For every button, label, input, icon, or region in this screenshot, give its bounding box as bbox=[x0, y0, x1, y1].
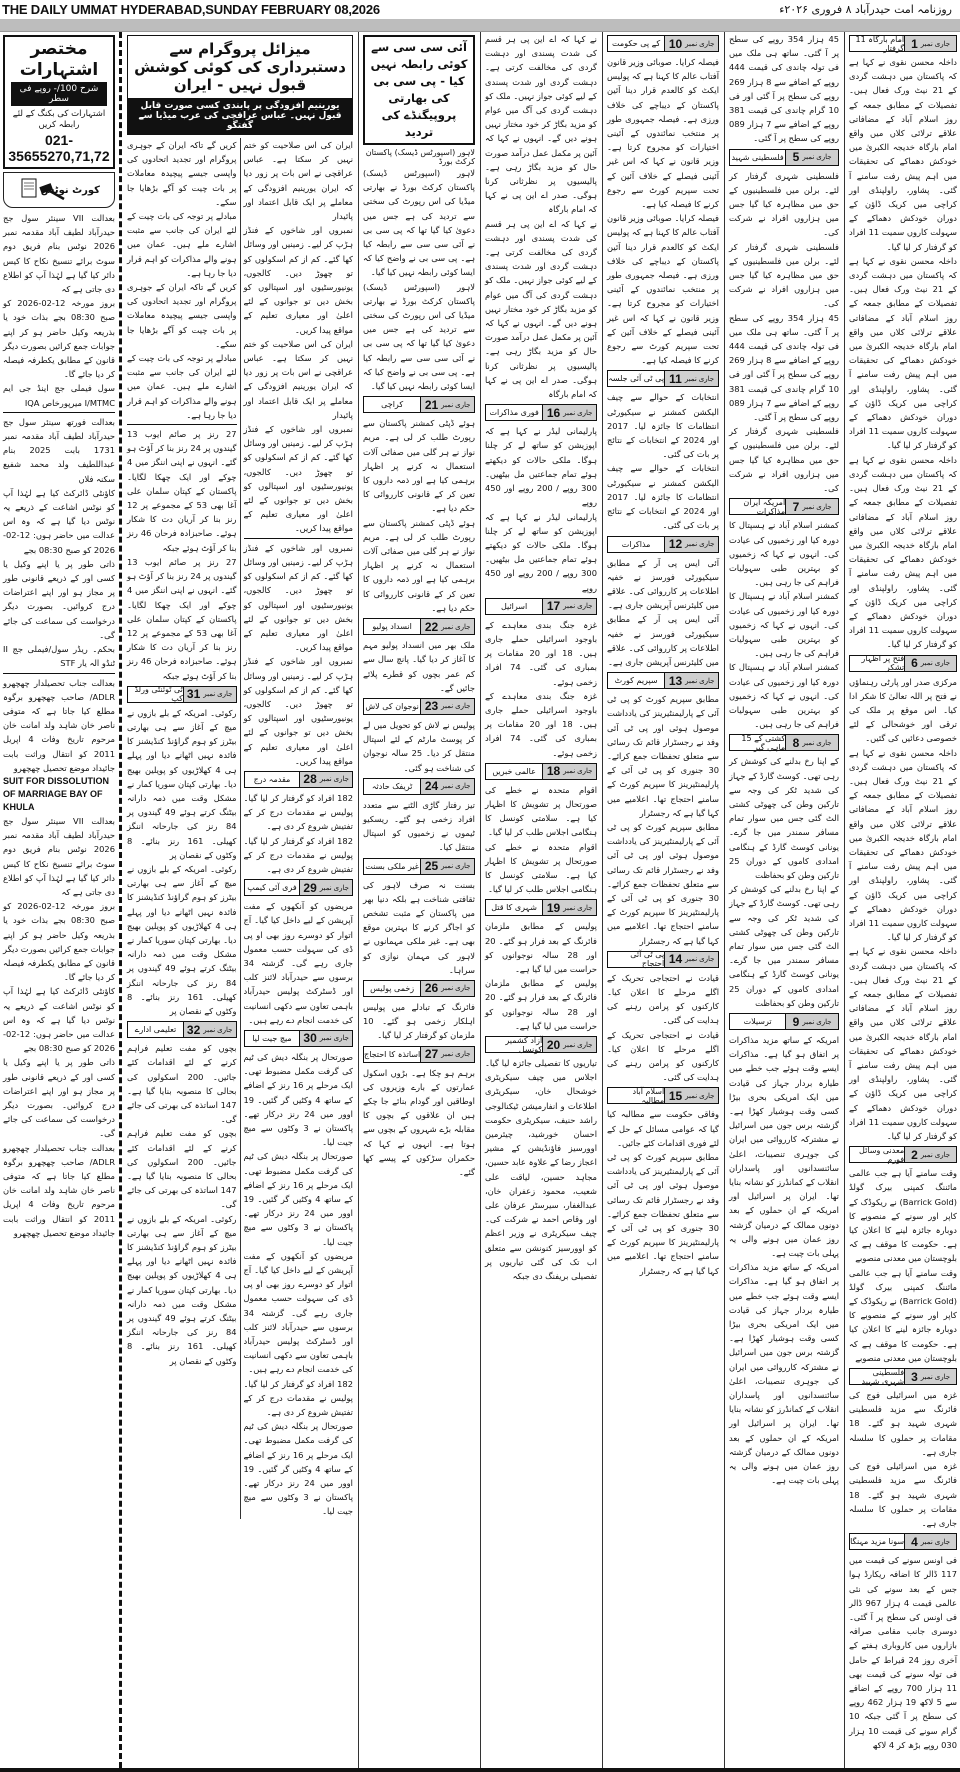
slug-number-box: جاری نمبر9 bbox=[785, 1014, 838, 1029]
slug-topic: زخمی پولیس bbox=[364, 981, 420, 996]
story-text: غزہ میں اسرائیلی فوج کی فائرنگ سے مزید ف… bbox=[846, 1388, 960, 1459]
newspaper-page: مختصر اشتہارات شرح 100/- روپے فی سطر اشت… bbox=[0, 32, 960, 1768]
story-text: بچوں کو مفت تعلیم فراہم کرنے کے لئے اقدا… bbox=[124, 1041, 240, 1126]
story-slug: اسرائیل جاری نمبر17 bbox=[485, 598, 597, 615]
icc-headline-box: آئی سی سی سے کوئی رابطہ نہیں کیا - پی سی… bbox=[363, 35, 475, 145]
slug-label: جاری نمبر bbox=[441, 984, 470, 992]
slug-label: جاری نمبر bbox=[441, 623, 470, 631]
story-text: وفاقی حکومت سے مطالبہ کیا گیا کہ عوامی م… bbox=[604, 1107, 722, 1150]
slug-topic: نوجوان کی لاش bbox=[364, 699, 420, 714]
slug-label: جاری نمبر bbox=[921, 1538, 950, 1546]
ads-title: مختصر اشتہارات bbox=[5, 37, 113, 82]
court-notice-text: بعدالت جناب تحصیلدار چھچھرو ADLR/ صاحب چ… bbox=[0, 676, 118, 775]
slug-topic: شہری کا قتل bbox=[486, 900, 542, 915]
slug-topic: اسرائیل bbox=[486, 599, 542, 614]
story-text: کمشنر اسلام آباد نے ہسپتال کا دورہ کیا ا… bbox=[726, 518, 842, 589]
story-slug: پی ٹی آئی جلسہ جاری نمبر11 bbox=[607, 370, 719, 387]
slug-label: جاری نمبر bbox=[921, 1151, 950, 1159]
slug-label: جاری نمبر bbox=[802, 739, 831, 747]
court-notice-text: بعدالت VII سینئر سول جج حیدرآباد لطیف آب… bbox=[0, 211, 118, 296]
story-slug: انسداد پولیو جاری نمبر22 bbox=[363, 618, 475, 635]
slug-number-box: جاری نمبر30 bbox=[299, 1031, 352, 1046]
story-slug: فوری مذاکرات جاری نمبر16 bbox=[485, 404, 597, 421]
slug-label: جاری نمبر bbox=[921, 659, 950, 667]
story-text: آئی ایس پی آر کے مطابق سیکیورٹی فورسز نے… bbox=[604, 612, 722, 669]
slug-number-box: جاری نمبر6 bbox=[904, 656, 956, 671]
slug-topic: کے پی حکومت bbox=[608, 36, 664, 51]
story-text: تیز رفتار گاڑی الٹنے سے متعدد افراد زخمی… bbox=[360, 798, 478, 855]
slug-number: 12 bbox=[669, 537, 682, 551]
slug-topic: انسداد پولیو bbox=[364, 619, 420, 634]
story-slug: معدنی وسائل فورم جاری نمبر2 bbox=[849, 1146, 957, 1163]
slug-topic: اساتذہ کا احتجاج bbox=[364, 1047, 420, 1062]
story-text: برہم ہو چکا ہے۔ بڑوں اسکول عمارتوں کے با… bbox=[360, 1066, 478, 1180]
story-text: پارلیمانی لیڈر نے کہا ہے کہ اپوزیشن کو س… bbox=[482, 510, 600, 595]
story-text: صورتحال پر بنگلہ دیش کی ٹیم کی گرفت مکمل… bbox=[241, 1419, 357, 1518]
lead-story-text: نمبروں اور شاخوں کے فنڈز ہڑپ کر لیے۔ زمی… bbox=[241, 422, 357, 536]
lead-story-text: ایران کی اس صلاحیت کو ختم نہیں کر سکتا ہ… bbox=[241, 138, 357, 223]
slug-number: 32 bbox=[187, 1023, 200, 1037]
story-text: لاہور (اسپورٹس ڈیسک) پاکستان کرکٹ بورڈ ن… bbox=[360, 166, 478, 280]
story-text: فائرنگ کے تبادلے میں پولیس اہلکار زخمی ہ… bbox=[360, 1000, 478, 1043]
story-text: مریضوں کو آنکھوں کے مفت آپریشن کے لیے دا… bbox=[241, 899, 357, 1027]
story-text: بچوں کو مفت تعلیم فراہم کرنے کے لئے اقدا… bbox=[124, 1126, 240, 1211]
slug-number: 28 bbox=[303, 772, 316, 786]
slug-topic: آزاد کشمیر کونسل bbox=[486, 1037, 542, 1052]
column-divider bbox=[844, 32, 845, 1768]
story-text: 182 افراد کو گرفتار کر لیا گیا۔ پولیس نے… bbox=[241, 791, 357, 834]
story-slug: ٹریفک حادثہ جاری نمبر24 bbox=[363, 778, 475, 795]
slug-number: 4 bbox=[911, 1535, 918, 1549]
story-text: بسنت نہ صرف لاہور کی ثقافتی شناخت ہے بلک… bbox=[360, 878, 478, 977]
story-slug: کے پی حکومت جاری نمبر10 bbox=[607, 35, 719, 52]
slug-label: جاری نمبر bbox=[203, 690, 232, 698]
story-slug: کراچی جاری نمبر21 bbox=[363, 396, 475, 413]
lead-story-text: مبادلے پر توجہ کی بات چیت کے لئے ایران ک… bbox=[124, 209, 240, 280]
story-slug: فلسطینی شہید جاری نمبر5 bbox=[729, 149, 839, 166]
story-text: مریضوں کو آنکھوں کے مفت آپریشن کے لیے دا… bbox=[241, 1249, 357, 1377]
slug-label: جاری نمبر bbox=[685, 40, 714, 48]
story-text: مطابق سپریم کورٹ کو پی ٹی آئی کے پارلیمن… bbox=[604, 1150, 722, 1278]
lead-story-column-left: کریں گے تاکہ ایران کے جوہری پروگرام اور … bbox=[124, 138, 240, 1519]
slug-topic: عالمی خبریں bbox=[486, 764, 542, 779]
slug-number: 23 bbox=[425, 699, 438, 713]
slug-topic: امریکہ ایران مذاکرات bbox=[730, 499, 785, 514]
story-text: صورتحال پر بنگلہ دیش کی ٹیم کی گرفت مکمل… bbox=[241, 1050, 357, 1149]
slug-number: 30 bbox=[303, 1031, 316, 1045]
lead-headline-box: میزائل پروگرام سے دستبرداری کی کوئی کوشش… bbox=[127, 35, 353, 135]
slug-number-box: جاری نمبر16 bbox=[542, 405, 596, 420]
story-slug: مذاکرات جاری نمبر12 bbox=[607, 536, 719, 553]
slug-number-box: جاری نمبر18 bbox=[542, 764, 596, 779]
story-text: داخلہ محسن نقوی نے کہا ہے کہ پاکستان میں… bbox=[846, 746, 960, 945]
story-text: پولیس کے مطابق ملزمان فائرنگ کے بعد فرار… bbox=[482, 976, 600, 1033]
slug-number: 13 bbox=[669, 674, 682, 688]
slug-label: جاری نمبر bbox=[685, 1092, 714, 1100]
story-slug: پی ٹی آئی احتجاج جاری نمبر14 bbox=[607, 951, 719, 968]
slug-number-box: جاری نمبر5 bbox=[785, 150, 838, 165]
slug-label: جاری نمبر bbox=[320, 775, 349, 783]
slug-number: 21 bbox=[425, 398, 438, 412]
slug-label: جاری نمبر bbox=[320, 884, 349, 892]
slug-number: 7 bbox=[793, 500, 800, 514]
slug-topic: فری آئی کیمپ bbox=[245, 880, 300, 895]
story-text: داخلہ محسن نقوی نے کہا ہے کہ پاکستان میں… bbox=[846, 55, 960, 254]
story-text: مرکزی صدر اور پارٹی رہنماؤں نے فتح پر ال… bbox=[846, 675, 960, 746]
slug-number: 25 bbox=[425, 859, 438, 873]
story-text: فی اونس سونے کی قیمت میں 117 ڈالر کا اضا… bbox=[846, 1553, 960, 1752]
story-text: فیصلہ کرایا۔ صوبائی وزیر قانون آفتاب عال… bbox=[604, 55, 722, 211]
slug-topic: پی ٹی آئی احتجاج bbox=[608, 952, 664, 967]
court-notice-text: سول فیملی جج اینڈ جی ایم I/MTMC میرپورخا… bbox=[0, 381, 118, 409]
slug-label: جاری نمبر bbox=[802, 153, 831, 161]
slug-number: 15 bbox=[669, 1089, 682, 1103]
slug-number: 9 bbox=[793, 1015, 800, 1029]
story-text: امریکہ کے ساتھ مزید مذاکرات پر اتفاق ہو … bbox=[726, 1033, 842, 1260]
story-slug: فتح پر اظہار تشکر جاری نمبر6 bbox=[849, 655, 957, 672]
column-divider bbox=[119, 32, 122, 1768]
story-slug: امریکہ ایران مذاکرات جاری نمبر7 bbox=[729, 498, 839, 515]
lead-subheadline: یورینیم افزودگی پر پابندی کسی صورت قابل … bbox=[128, 98, 352, 134]
story-text: قیادت نے احتجاجی تحریک کے اگلے مرحلے کا … bbox=[604, 971, 722, 1028]
slug-topic: فلسطینی شہید bbox=[730, 150, 785, 165]
story-slug: ترسیلات جاری نمبر9 bbox=[729, 1013, 839, 1030]
story-text: داخلہ محسن نقوی نے کہا ہے کہ پاکستان میں… bbox=[846, 254, 960, 453]
lead-story-text: مبادلے پر توجہ کی بات چیت کے لئے ایران ک… bbox=[124, 351, 240, 422]
story-text: نے کہا کہ اے این پی ہر قسم کی شدت پسندی … bbox=[482, 217, 600, 402]
slug-label: جاری نمبر bbox=[563, 602, 592, 610]
slug-label: جاری نمبر bbox=[563, 904, 592, 912]
story-text: 45 ہزار 354 روپے کی سطح پر آ گئی۔ ساتھ ہ… bbox=[726, 32, 842, 146]
slug-number: 2 bbox=[911, 1148, 918, 1162]
slug-label: جاری نمبر bbox=[685, 955, 714, 963]
slug-number-box: جاری نمبر1 bbox=[904, 36, 956, 51]
slug-topic: معدنی وسائل فورم bbox=[850, 1147, 904, 1162]
ads-contact-text: اشتہارات کی بکنگ کے لئے رابطہ کریں bbox=[5, 106, 113, 132]
lead-headline: میزائل پروگرام سے دستبرداری کی کوئی کوشش… bbox=[128, 36, 352, 98]
slug-number-box: جاری نمبر32 bbox=[183, 1022, 236, 1037]
slug-number: 11 bbox=[669, 372, 682, 386]
slug-label: جاری نمبر bbox=[802, 503, 831, 511]
story-text: کے اپنا رخ بدلنے کی کوشش کر رہی تھی۔ کوس… bbox=[726, 754, 842, 882]
court-notice-text: کاؤنٹی ڈائرکٹ کیا ہے لہٰذا آپ کو نوٹس اش… bbox=[0, 486, 118, 557]
slug-number: 26 bbox=[425, 981, 438, 995]
story-text: انتخابات کے حوالے سے چیف الیکشن کمشنر نے… bbox=[604, 390, 722, 461]
story-text: صورتحال پر بنگلہ دیش کی ٹیم کی گرفت مکمل… bbox=[241, 1149, 357, 1248]
story-text: 182 افراد کو گرفتار کر لیا گیا۔ پولیس نے… bbox=[241, 834, 357, 877]
slug-number: 14 bbox=[669, 952, 682, 966]
english-masthead-title: THE DAILY UMMAT HYDERABAD,SUNDAY FEBRUAR… bbox=[2, 2, 380, 17]
court-notice-text: بعدالت VII سینئر سول جج حیدرآباد لطیف آب… bbox=[0, 814, 118, 899]
slug-number-box: جاری نمبر13 bbox=[664, 673, 718, 688]
slug-number-box: جاری نمبر20 bbox=[542, 1037, 596, 1052]
slug-number: 22 bbox=[425, 620, 438, 634]
slug-number-box: جاری نمبر25 bbox=[420, 859, 474, 874]
slug-number-box: جاری نمبر7 bbox=[785, 499, 838, 514]
court-notice-banner: کورٹ نوٹس bbox=[3, 172, 115, 208]
story-text: ہوئے ڈپٹی کمشنر پاکستان سے رپورٹ طلب کر … bbox=[360, 416, 478, 515]
slug-number: 29 bbox=[303, 881, 316, 895]
court-notice-text: کاؤنٹی ڈائرکٹ کیا ہے لہٰذا آپ کو نوٹس اش… bbox=[0, 984, 118, 1055]
court-notice-text: بعدالت جناب تحصیلدار چھچھرو ADLR/ صاحب چ… bbox=[0, 1141, 118, 1240]
slug-topic: پی ٹی آئی جلسہ bbox=[608, 371, 664, 386]
lead-story-text: کریں گے تاکہ ایران کے جوہری پروگرام اور … bbox=[124, 138, 240, 209]
slug-label: جاری نمبر bbox=[203, 1026, 232, 1034]
slug-topic: فتح پر اظہار تشکر bbox=[850, 656, 904, 671]
masthead-separator-bar bbox=[0, 19, 960, 32]
story-slug: نوجوان کی لاش جاری نمبر23 bbox=[363, 698, 475, 715]
story-text: قیادت نے احتجاجی تحریک کے اگلے مرحلے کا … bbox=[604, 1028, 722, 1085]
slug-label: جاری نمبر bbox=[563, 767, 592, 775]
slug-number-box: جاری نمبر21 bbox=[420, 397, 474, 412]
lead-story-column-right: ایران کی اس صلاحیت کو ختم نہیں کر سکتا ہ… bbox=[241, 138, 357, 1519]
news-column-2: 45 ہزار 354 روپے کی سطح پر آ گئی۔ ساتھ ہ… bbox=[726, 32, 842, 1768]
story-slug: غیر ملکی بسنت جاری نمبر25 bbox=[363, 858, 475, 875]
lead-story-text: کریں گے تاکہ ایران کے جوہری پروگرام اور … bbox=[124, 280, 240, 351]
slug-number: 3 bbox=[911, 1370, 918, 1384]
story-text: نے کہا کہ اے این پی ہر قسم کی شدت پسندی … bbox=[482, 32, 600, 217]
court-notice-text: بروز مورخہ 12-02-2026 کو صبح 08:30 بجے ب… bbox=[0, 296, 118, 381]
icc-story-column: آئی سی سی سے کوئی رابطہ نہیں کیا - پی سی… bbox=[360, 32, 478, 1768]
column-divider bbox=[358, 32, 359, 1768]
slug-number-box: جاری نمبر15 bbox=[664, 1088, 718, 1103]
story-text: مطابق سپریم کورٹ کو پی ٹی آئی کے پارلیمن… bbox=[604, 692, 722, 820]
story-text: نمبروں اور شاخوں کے فنڈز ہڑپ کر لیے۔ زمی… bbox=[241, 654, 357, 768]
slug-number-box: جاری نمبر4 bbox=[904, 1534, 956, 1549]
story-text: رکوئی۔ امریکہ کے بلے بازوں نے میچ کے آغا… bbox=[124, 706, 240, 862]
slug-topic: کشتی کے 15 ماہی گیر bbox=[730, 735, 785, 750]
story-text: تیاریوں کا تفصیلی جائزہ لیا گیا۔ اجلاس م… bbox=[482, 1056, 600, 1283]
story-slug: اسلام آباد مطالبہ جاری نمبر15 bbox=[607, 1087, 719, 1104]
story-text: 27 رنز پر صائم ایوب 13 گیندوں پر 24 رنز … bbox=[124, 555, 240, 683]
story-text: نمبروں اور شاخوں کے فنڈز ہڑپ کر لیے۔ زمی… bbox=[241, 541, 357, 655]
story-text: پولیس کے مطابق ملزمان فائرنگ کے بعد فرار… bbox=[482, 919, 600, 976]
slug-number-box: جاری نمبر10 bbox=[664, 36, 718, 51]
story-text: 27 رنز پر صائم ایوب 13 گیندوں پر 24 رنز … bbox=[124, 427, 240, 555]
story-slug: شہری کا قتل جاری نمبر19 bbox=[485, 899, 597, 916]
story-text: 182 افراد کو گرفتار کر لیا گیا۔ پولیس نے… bbox=[241, 1377, 357, 1420]
slug-label: جاری نمبر bbox=[441, 782, 470, 790]
slug-number-box: جاری نمبر26 bbox=[420, 981, 474, 996]
slug-number: 6 bbox=[911, 656, 918, 670]
slug-label: جاری نمبر bbox=[685, 540, 714, 548]
slug-number: 31 bbox=[187, 687, 200, 701]
ads-rate: شرح 100/- روپے فی سطر bbox=[11, 82, 107, 106]
court-notice-text: بعدالت فورتھ سینئر سول جج حیدرآباد لطیف … bbox=[0, 415, 118, 486]
slug-topic: میچ جیت لیا bbox=[245, 1031, 300, 1046]
slug-number-box: جاری نمبر2 bbox=[904, 1147, 956, 1162]
classified-ads-column: مختصر اشتہارات شرح 100/- روپے فی سطر اشت… bbox=[0, 32, 118, 1768]
slug-number-box: جاری نمبر23 bbox=[420, 699, 474, 714]
story-text: غزہ جنگ بندی معاہدے کے باوجود اسرائیلی ح… bbox=[482, 689, 600, 760]
column-divider bbox=[480, 32, 481, 1768]
story-text: امریکہ کے ساتھ مزید مذاکرات پر اتفاق ہو … bbox=[726, 1260, 842, 1487]
slug-number: 5 bbox=[793, 150, 800, 164]
slug-topic: امام بارگاہ 11 گرفتار bbox=[850, 36, 904, 51]
story-slug: سونا مزید مہنگا جاری نمبر4 bbox=[849, 1533, 957, 1550]
story-text: کمشنر اسلام آباد نے ہسپتال کا دورہ کیا ا… bbox=[726, 589, 842, 660]
story-text: پارلیمانی لیڈر نے کہا ہے کہ اپوزیشن کو س… bbox=[482, 424, 600, 509]
slug-label: جاری نمبر bbox=[685, 677, 714, 685]
court-notice-text: ذاتی طور پر یا اپنے وکیل یا کسی اور کے ذ… bbox=[0, 557, 118, 642]
story-text: فلسطینی شہری گرفتار کر لئے۔ برلن میں فلس… bbox=[726, 424, 842, 495]
slug-number: 1 bbox=[911, 37, 918, 51]
slug-topic: سپریم کورٹ bbox=[608, 673, 664, 688]
column-divider bbox=[240, 138, 241, 1519]
story-text: انتخابات کے حوالے سے چیف الیکشن کمشنر نے… bbox=[604, 461, 722, 532]
story-slug: کشتی کے 15 ماہی گیر جاری نمبر8 bbox=[729, 734, 839, 751]
slug-label: جاری نمبر bbox=[441, 862, 470, 870]
column-divider bbox=[602, 32, 603, 1768]
slug-topic: ٹی ٹوئنٹی ورلڈ کپ bbox=[128, 687, 183, 702]
story-slug: آزاد کشمیر کونسل جاری نمبر20 bbox=[485, 1036, 597, 1053]
slug-topic: اسلام آباد مطالبہ bbox=[608, 1088, 664, 1103]
slug-topic: ٹریفک حادثہ bbox=[364, 779, 420, 794]
story-slug: مقدمہ درج جاری نمبر28 bbox=[244, 771, 354, 788]
slug-number: 20 bbox=[547, 1038, 560, 1052]
story-slug: اساتذہ کا احتجاج جاری نمبر27 bbox=[363, 1046, 475, 1063]
slug-topic: تعلیمی ادارے bbox=[128, 1022, 183, 1037]
slug-label: جاری نمبر bbox=[921, 1373, 950, 1381]
story-text: ہوئے ڈپٹی کمشنر پاکستان سے رپورٹ طلب کر … bbox=[360, 516, 478, 615]
slug-topic: سونا مزید مہنگا bbox=[850, 1534, 904, 1549]
slug-label: جاری نمبر bbox=[320, 1034, 349, 1042]
court-notice-label: کورٹ نوٹس bbox=[41, 185, 100, 196]
story-text: داخلہ محسن نقوی نے کہا ہے کہ پاکستان میں… bbox=[846, 944, 960, 1143]
english-notice-text: SUIT FOR DISSOLUTION OF MARRIAGE BAY OF … bbox=[0, 775, 118, 814]
story-text: غزہ جنگ بندی معاہدے کے باوجود اسرائیلی ح… bbox=[482, 618, 600, 689]
slug-number: 10 bbox=[669, 37, 682, 51]
story-text: فلسطینی شہری گرفتار کر لئے۔ برلن میں فلس… bbox=[726, 169, 842, 240]
court-notice-text: بروز مورخہ 12-02-2026 کو صبح 08:30 بجے ب… bbox=[0, 899, 118, 984]
slug-label: جاری نمبر bbox=[685, 375, 714, 383]
story-text: پولیس نے لاش کو تحویل میں لے کر پوسٹ مار… bbox=[360, 718, 478, 775]
slug-number: 17 bbox=[547, 599, 560, 613]
slug-topic: فلسطینی شہری شہید bbox=[850, 1369, 904, 1384]
story-text: رکوئی۔ امریکہ کے بلے بازوں نے میچ کے آغا… bbox=[124, 862, 240, 1018]
story-slug: فلسطینی شہری شہید جاری نمبر3 bbox=[849, 1368, 957, 1385]
column-divider bbox=[724, 32, 725, 1768]
slug-number-box: جاری نمبر29 bbox=[299, 880, 352, 895]
court-notice-text: ذاتی طور پر یا اپنے وکیل یا کسی اور کے ذ… bbox=[0, 1055, 118, 1140]
lead-story-text: نمبروں اور شاخوں کے فنڈز ہڑپ کر لیے۔ زمی… bbox=[241, 223, 357, 337]
story-slug: عالمی خبریں جاری نمبر18 bbox=[485, 763, 597, 780]
story-text: 45 ہزار 354 روپے کی سطح پر آ گئی۔ ساتھ ہ… bbox=[726, 311, 842, 425]
slug-number-box: جاری نمبر22 bbox=[420, 619, 474, 634]
news-column-3: کے پی حکومت جاری نمبر10 فیصلہ کرایا۔ صوب… bbox=[604, 32, 722, 1768]
slug-number-box: جاری نمبر27 bbox=[420, 1047, 474, 1062]
slug-number-box: جاری نمبر24 bbox=[420, 779, 474, 794]
icc-dateline: لاہور (اسپورٹس ڈیسک) پاکستان کرکٹ بورڈ bbox=[360, 148, 478, 166]
story-slug: میچ جیت لیا جاری نمبر30 bbox=[244, 1030, 354, 1047]
divider bbox=[3, 412, 115, 413]
slug-topic: مقدمہ درج bbox=[245, 772, 300, 787]
slug-label: جاری نمبر bbox=[802, 1018, 831, 1026]
slug-label: جاری نمبر bbox=[441, 702, 470, 710]
story-text: آئی ایس پی آر کے مطابق سیکیورٹی فورسز نے… bbox=[604, 556, 722, 613]
court-notice-text: بحکم۔ ریڈر سول/فیملی جج II ٹنڈو الہ یار … bbox=[0, 642, 118, 670]
slug-number: 16 bbox=[547, 406, 560, 420]
slug-number-box: جاری نمبر28 bbox=[299, 772, 352, 787]
slug-number-box: جاری نمبر31 bbox=[183, 687, 236, 702]
story-slug: زخمی پولیس جاری نمبر26 bbox=[363, 980, 475, 997]
slug-label: جاری نمبر bbox=[563, 1041, 592, 1049]
slug-topic: فوری مذاکرات bbox=[486, 405, 542, 420]
story-slug: تعلیمی ادارے جاری نمبر32 bbox=[127, 1021, 237, 1038]
slug-number: 19 bbox=[547, 901, 560, 915]
slug-topic: ترسیلات bbox=[730, 1014, 785, 1029]
story-text: فلسطینی شہری گرفتار کر لئے۔ برلن میں فلس… bbox=[726, 240, 842, 311]
story-text: کمشنر اسلام آباد نے ہسپتال کا دورہ کیا ا… bbox=[726, 660, 842, 731]
slug-label: جاری نمبر bbox=[563, 409, 592, 417]
lead-story-area: میزائل پروگرام سے دستبرداری کی کوئی کوشش… bbox=[124, 32, 356, 1768]
story-text: وقت سامنے آیا ہے جب عالمی مائننگ کمپنی ب… bbox=[846, 1266, 960, 1365]
divider bbox=[3, 673, 115, 674]
slug-topic: مذاکرات bbox=[608, 537, 664, 552]
slug-label: جاری نمبر bbox=[441, 401, 470, 409]
news-column-1: امام بارگاہ 11 گرفتار جاری نمبر1 داخلہ م… bbox=[846, 32, 960, 1768]
story-text: فیصلہ کرایا۔ صوبائی وزیر قانون آفتاب عال… bbox=[604, 211, 722, 367]
slug-number-box: جاری نمبر19 bbox=[542, 900, 596, 915]
slug-number: 18 bbox=[547, 764, 560, 778]
slug-label: جاری نمبر bbox=[921, 40, 950, 48]
urdu-masthead-title: روزنامہ امت حیدرآباد ۸ فروری ۲۰۲۶ء bbox=[779, 3, 952, 16]
story-text: اقوام متحدہ نے خطے کی صورتحال پر تشویش ک… bbox=[482, 783, 600, 840]
story-slug: فری آئی کیمپ جاری نمبر29 bbox=[244, 879, 354, 896]
ads-phone-number: 021-35655270,71,72 bbox=[5, 132, 113, 167]
slug-number-box: جاری نمبر11 bbox=[664, 371, 718, 386]
story-text: غزہ میں اسرائیلی فوج کی فائرنگ سے مزید ف… bbox=[846, 1459, 960, 1530]
story-text: وقت سامنے آیا ہے جب عالمی مائننگ کمپنی ب… bbox=[846, 1166, 960, 1265]
story-slug: امام بارگاہ 11 گرفتار جاری نمبر1 bbox=[849, 35, 957, 52]
story-text: رکوئی۔ امریکہ کے بلے بازوں نے میچ کے آغا… bbox=[124, 1212, 240, 1368]
slug-number-box: جاری نمبر8 bbox=[785, 735, 838, 750]
slug-topic: غیر ملکی بسنت bbox=[364, 859, 420, 874]
story-text: اقوام متحدہ نے خطے کی صورتحال پر تشویش ک… bbox=[482, 840, 600, 897]
story-text: ملک بھر میں انسداد پولیو مہم کا آغاز کر … bbox=[360, 638, 478, 695]
story-text: داخلہ محسن نقوی نے کہا ہے کہ پاکستان میں… bbox=[846, 453, 960, 652]
page-bottom-rule bbox=[0, 1768, 960, 1772]
lead-story-text: ایران کی اس صلاحیت کو ختم نہیں کر سکتا ہ… bbox=[241, 337, 357, 422]
slug-label: جاری نمبر bbox=[441, 1050, 470, 1058]
slug-number: 8 bbox=[793, 736, 800, 750]
story-text: کے اپنا رخ بدلنے کی کوشش کر رہی تھی۔ کوس… bbox=[726, 882, 842, 1010]
divider bbox=[127, 424, 237, 425]
slug-number: 27 bbox=[425, 1047, 438, 1061]
slug-number-box: جاری نمبر3 bbox=[904, 1369, 956, 1384]
slug-number-box: جاری نمبر12 bbox=[664, 537, 718, 552]
story-slug: سپریم کورٹ جاری نمبر13 bbox=[607, 672, 719, 689]
divider bbox=[244, 538, 354, 539]
slug-number-box: جاری نمبر14 bbox=[664, 952, 718, 967]
story-slug: ٹی ٹوئنٹی ورلڈ کپ جاری نمبر31 bbox=[127, 686, 237, 703]
classified-ads-header: مختصر اشتہارات شرح 100/- روپے فی سطر اشت… bbox=[3, 35, 115, 169]
slug-topic: کراچی bbox=[364, 397, 420, 412]
slug-number-box: جاری نمبر17 bbox=[542, 599, 596, 614]
story-text: لاہور (اسپورٹس ڈیسک) پاکستان کرکٹ بورڈ ن… bbox=[360, 280, 478, 394]
slug-number: 24 bbox=[425, 779, 438, 793]
news-column-4: نے کہا کہ اے این پی ہر قسم کی شدت پسندی … bbox=[482, 32, 600, 1768]
story-text: مطابق سپریم کورٹ کو پی ٹی آئی کے پارلیمن… bbox=[604, 820, 722, 948]
